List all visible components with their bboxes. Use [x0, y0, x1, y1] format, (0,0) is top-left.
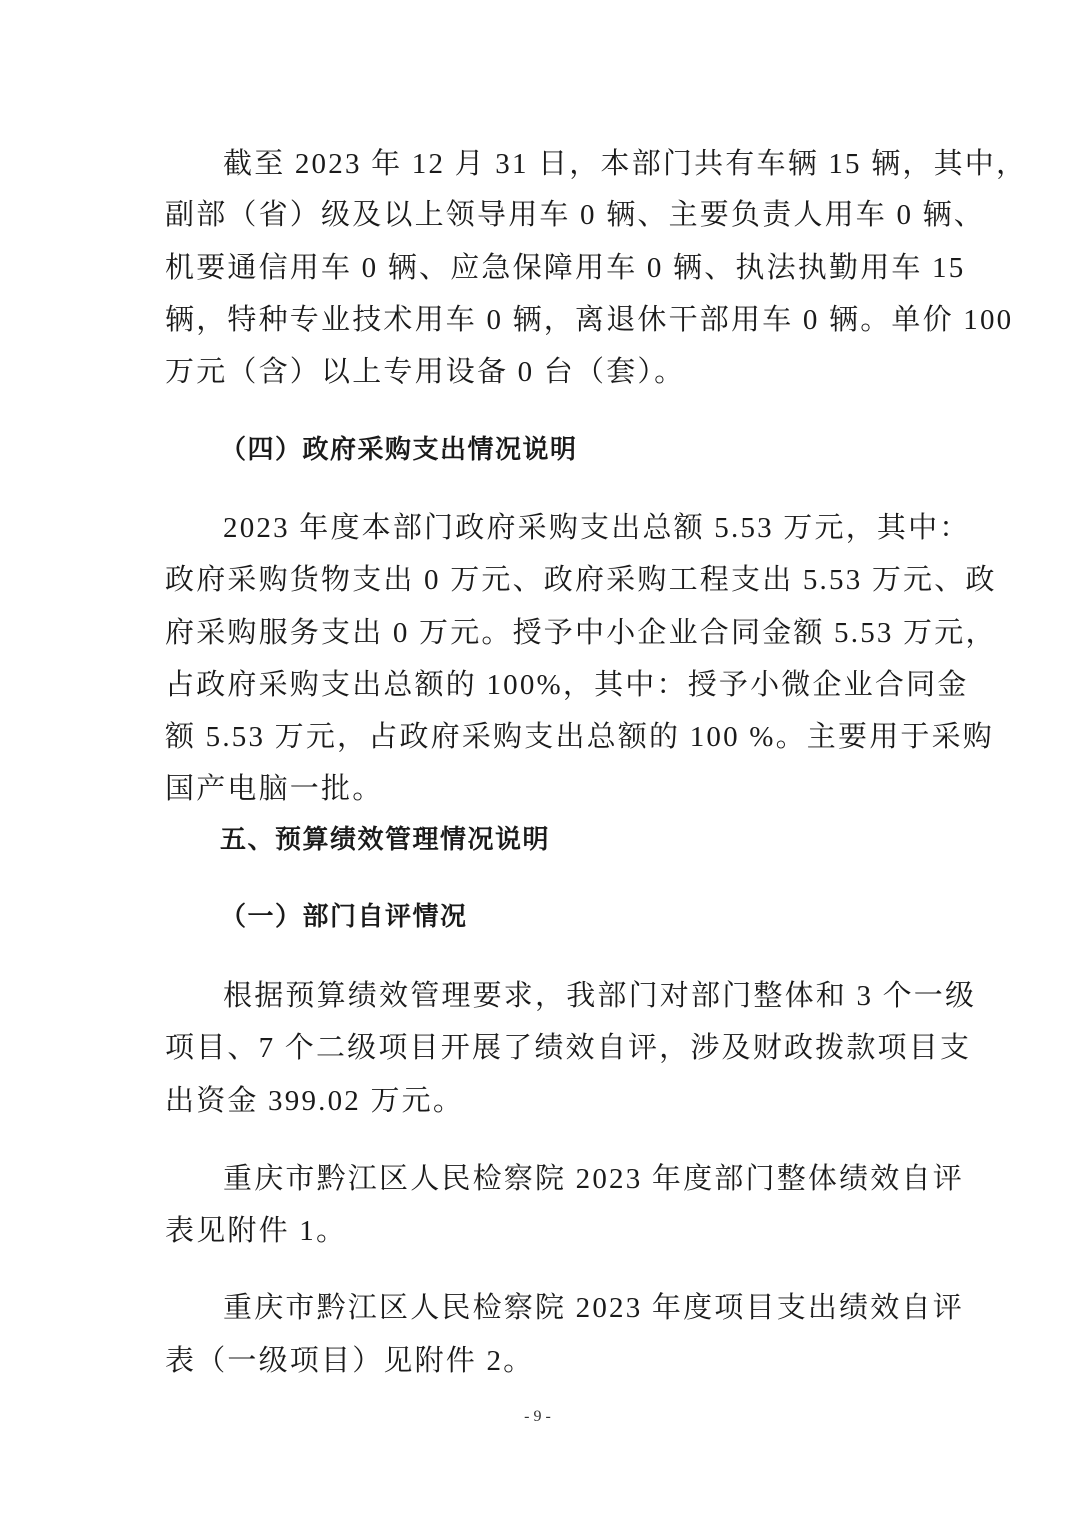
- vehicles-paragraph-line: 万元（含）以上专用设备 0 台（套）。: [165, 354, 685, 390]
- vehicles-paragraph-line: 辆，特种专业技术用车 0 辆，离退休干部用车 0 辆。单价 100: [165, 302, 911, 338]
- attachment2-paragraph-line: 重庆市黔江区人民检察院 2023 年度项目支出绩效自评: [223, 1290, 911, 1326]
- procurement-paragraph-line: 政府采购货物支出 0 万元、政府采购工程支出 5.53 万元、政: [165, 562, 911, 598]
- self-eval-paragraph-line: 根据预算绩效管理要求，我部门对部门整体和 3 个一级: [223, 978, 911, 1014]
- procurement-paragraph-line: 2023 年度本部门政府采购支出总额 5.53 万元，其中：: [223, 510, 911, 546]
- self-eval-paragraph-line: 项目、7 个二级项目开展了绩效自评，涉及财政拨款项目支: [165, 1030, 911, 1066]
- attachment1-paragraph-line: 重庆市黔江区人民检察院 2023 年度部门整体绩效自评: [223, 1161, 911, 1197]
- procurement-heading: （四）政府采购支出情况说明: [220, 432, 578, 468]
- section5-heading: 五、预算绩效管理情况说明: [220, 822, 550, 858]
- procurement-paragraph-line: 占政府采购支出总额的 100%，其中：授予小微企业合同金: [165, 667, 911, 703]
- procurement-paragraph-line: 额 5.53 万元，占政府采购支出总额的 100 %。主要用于采购: [165, 719, 911, 755]
- self-eval-heading: （一）部门自评情况: [220, 899, 468, 935]
- self-eval-paragraph-line: 出资金 399.02 万元。: [165, 1083, 464, 1119]
- page-number: - 9 -: [0, 1408, 1075, 1426]
- procurement-paragraph-line: 国产电脑一批。: [165, 771, 383, 807]
- procurement-paragraph-line: 府采购服务支出 0 万元。授予中小企业合同金额 5.53 万元，: [165, 615, 911, 651]
- attachment2-paragraph-line: 表（一级项目）见附件 2。: [165, 1343, 534, 1379]
- vehicles-paragraph-line: 副部（省）级及以上领导用车 0 辆、主要负责人用车 0 辆、: [165, 197, 911, 233]
- vehicles-paragraph-line: 机要通信用车 0 辆、应急保障用车 0 辆、执法执勤用车 15: [165, 250, 911, 286]
- attachment1-paragraph-line: 表见附件 1。: [165, 1213, 347, 1249]
- vehicles-paragraph-line: 截至 2023 年 12 月 31 日，本部门共有车辆 15 辆，其中，: [223, 146, 911, 182]
